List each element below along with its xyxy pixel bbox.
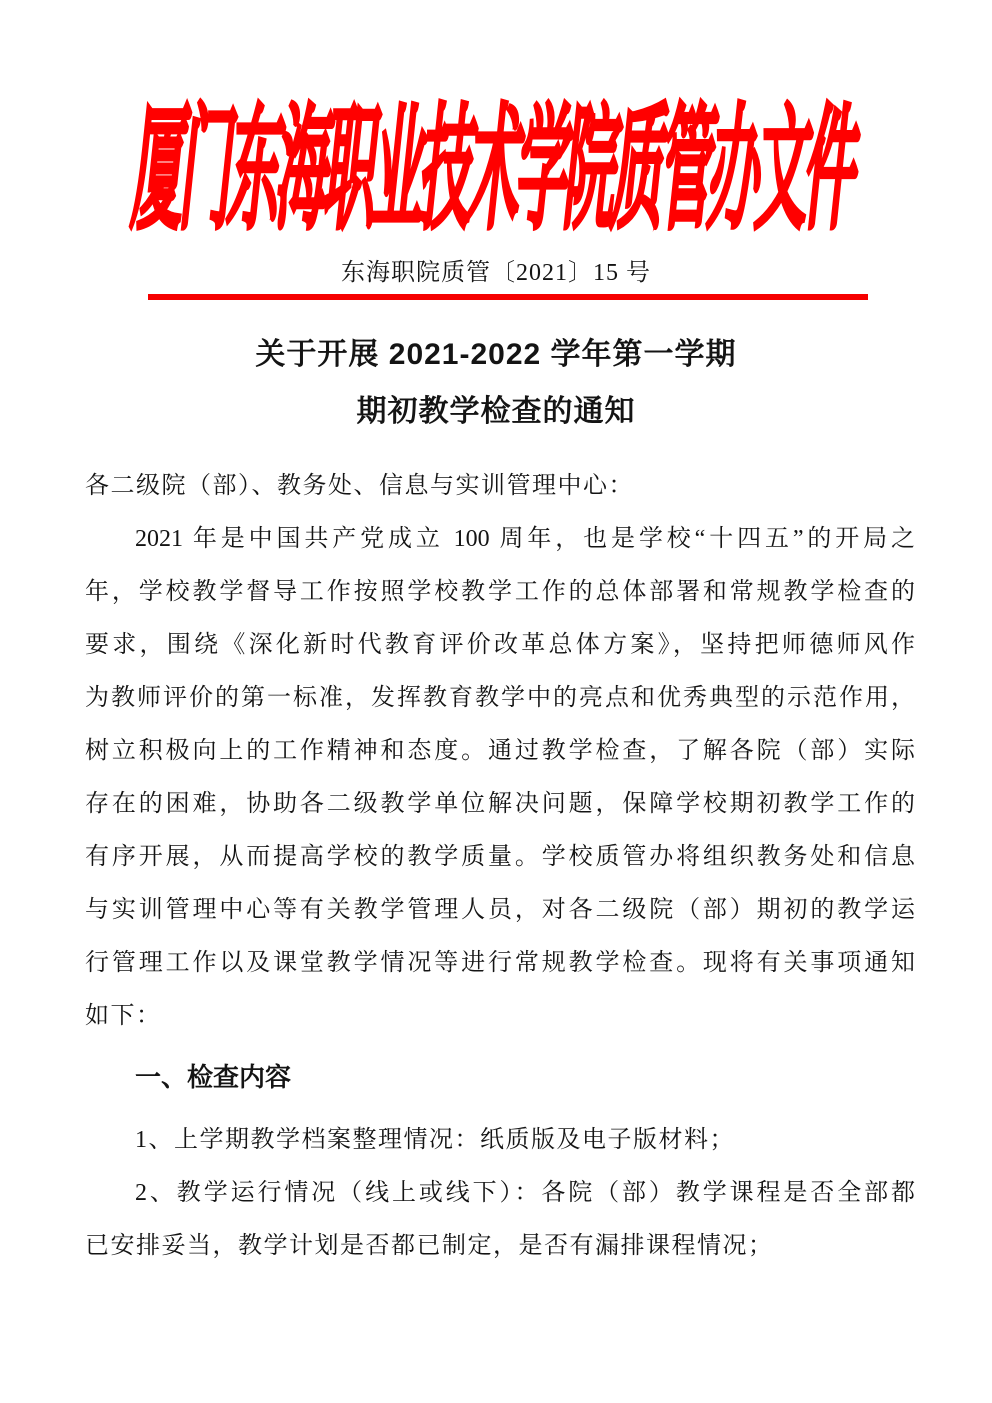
paragraph-line: 2021 年是中国共产党成立 100 周年，也是学校“十四五”的开局之 <box>85 513 915 566</box>
paragraph-line: 行管理工作以及课堂教学情况等进行常规教学检查。现将有关事项通知 <box>85 937 915 990</box>
notice-title-line-1: 关于开展 2021-2022 学年第一学期 <box>0 333 992 377</box>
section-heading-check-content: 一、检查内容 <box>85 1051 915 1104</box>
paragraph-line: 为教师评价的第一标准，发挥教育教学中的亮点和优秀典型的示范作用， <box>85 672 915 725</box>
check-item-1: 1、上学期教学档案整理情况：纸质版及电子版材料； <box>85 1114 915 1167</box>
document-number: 东海职院质管〔2021〕15 号 <box>0 255 992 291</box>
check-item-2-line-1: 2、教学运行情况（线上或线下）：各院（部）教学课程是否全部都 <box>85 1167 915 1220</box>
paragraph-line: 如下： <box>85 990 915 1043</box>
document-page: 厦门东海职业技术学院质管办文件 东海职院质管〔2021〕15 号 关于开展 20… <box>0 0 992 1403</box>
notice-body: 各二级院（部）、教务处、信息与实训管理中心： 2021 年是中国共产党成立 10… <box>85 460 915 1273</box>
paragraph-line: 与实训管理中心等有关教学管理人员，对各二级院（部）期初的教学运 <box>85 884 915 937</box>
paragraph-line: 年，学校教学督导工作按照学校教学工作的总体部署和常规教学检查的 <box>85 566 915 619</box>
check-item-2-line-2: 已安排妥当，教学计划是否都已制定，是否有漏排课程情况； <box>85 1220 915 1273</box>
paragraph-line: 存在的困难，协助各二级教学单位解决问题，保障学校期初教学工作的 <box>85 778 915 831</box>
institution-banner-title: 厦门东海职业技术学院质管办文件 <box>126 60 867 255</box>
salutation-line: 各二级院（部）、教务处、信息与实训管理中心： <box>85 460 915 513</box>
red-separator-rule <box>148 294 868 300</box>
paragraph-line: 有序开展，从而提高学校的教学质量。学校质管办将组织教务处和信息 <box>85 831 915 884</box>
notice-title-line-2: 期初教学检查的通知 <box>0 390 992 434</box>
paragraph-line: 树立积极向上的工作精神和态度。通过教学检查，了解各院（部）实际 <box>85 725 915 778</box>
paragraph-line: 要求，围绕《深化新时代教育评价改革总体方案》，坚持把师德师风作 <box>85 619 915 672</box>
red-header-banner: 厦门东海职业技术学院质管办文件 <box>0 85 992 230</box>
